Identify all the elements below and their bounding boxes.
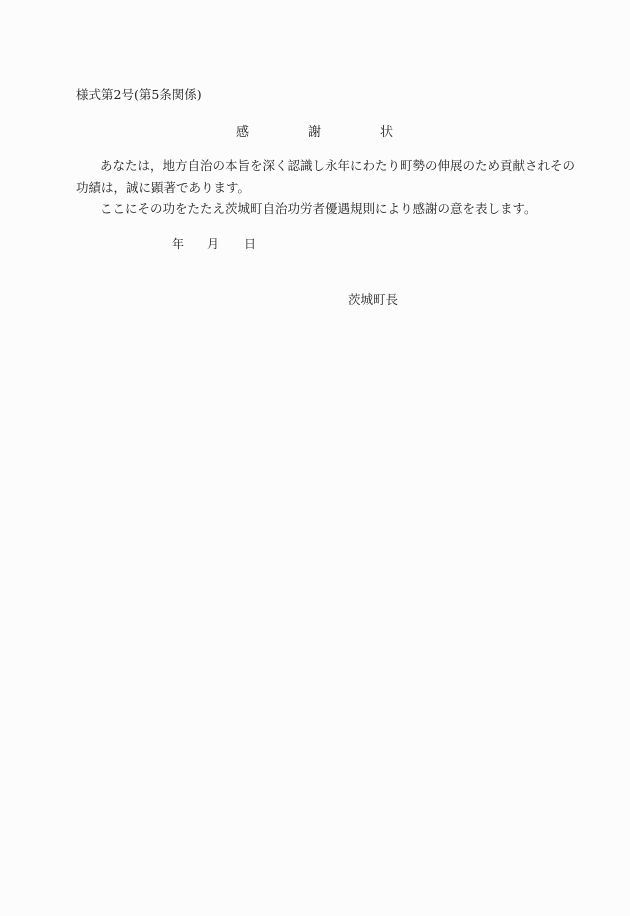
body-line-2: 功績は，誠に顕著であります。	[76, 178, 250, 196]
body-line-3: ここにその功をたたえ茨城町自治功労者優遇規則により感謝の意を表します。	[100, 199, 537, 217]
date-month-label: 月	[207, 235, 219, 252]
form-number-label: 様式第2号(第5条関係)	[76, 85, 202, 103]
date-year-label: 年	[172, 235, 184, 252]
body-line-1: あなたは，地方自治の本旨を深く認識し永年にわたり町勢の伸展のため貢献されその	[100, 156, 575, 174]
signatory: 茨城町長	[348, 290, 398, 308]
title-char-2: 謝	[308, 121, 321, 140]
title-char-1: 感	[236, 121, 249, 140]
date-day-label: 日	[244, 235, 256, 252]
title-char-3: 状	[380, 121, 393, 140]
